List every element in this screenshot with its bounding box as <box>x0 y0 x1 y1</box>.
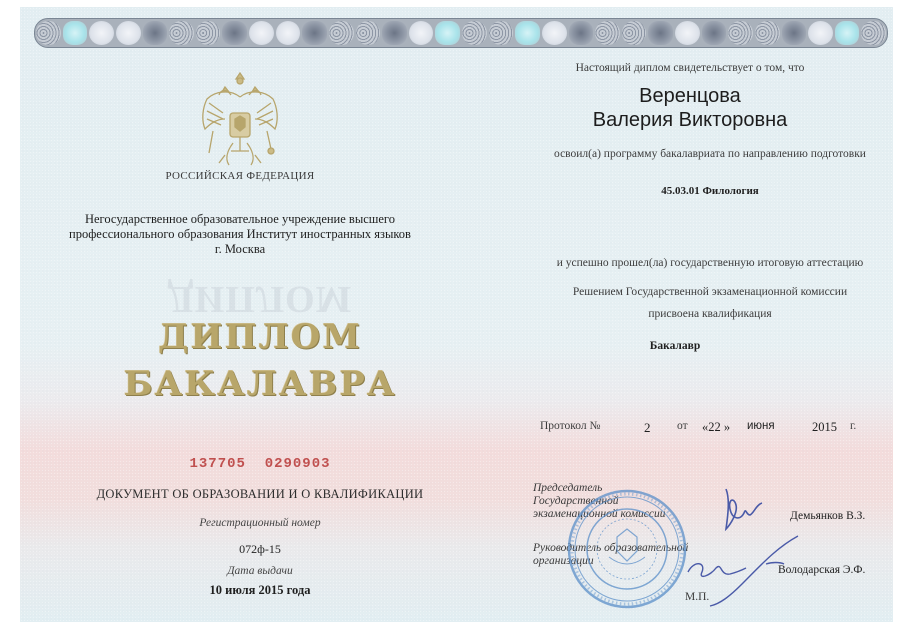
protocol-year-suffix: г. <box>850 420 856 432</box>
decision-text-line-1: Решением Государственной экзаменационной… <box>525 286 895 298</box>
attestation-text: и успешно прошел(ла) государственную ито… <box>525 257 895 269</box>
specialty: 45.03.01 Филология <box>580 185 840 197</box>
band-ornament <box>648 21 673 45</box>
band-ornament <box>462 21 487 45</box>
registration-number: 072ф-15 <box>120 542 400 557</box>
registration-number-label: Регистрационный номер <box>120 517 400 529</box>
issue-date-label: Дата выдачи <box>120 565 400 577</box>
document-type: ДОКУМЕНТ ОБ ОБРАЗОВАНИИ И О КВАЛИФИКАЦИИ <box>70 487 450 502</box>
band-ornament <box>595 21 620 45</box>
band-ornament <box>808 21 833 45</box>
chair-signature-icon <box>720 485 765 535</box>
band-ornament <box>89 21 114 45</box>
graduate-surname: Веренцова <box>550 85 830 108</box>
graduate-given-names: Валерия Викторовна <box>550 109 830 132</box>
diploma-sheet: РОССИЙСКАЯ ФЕДЕРАЦИЯ Негосударственное о… <box>20 7 893 622</box>
country-name: РОССИЙСКАЯ ФЕДЕРАЦИЯ <box>120 170 360 182</box>
band-ornament <box>435 21 460 45</box>
band-ornament <box>143 21 168 45</box>
diploma-title-line-1: ДИПЛОМ <box>120 317 400 357</box>
institution-name: Негосударственное образовательное учрежд… <box>60 212 420 257</box>
head-signature-icon <box>680 532 800 607</box>
band-ornament <box>409 21 434 45</box>
band-ornament <box>782 21 807 45</box>
band-ornament <box>702 21 727 45</box>
protocol-day: «22 » <box>702 420 730 435</box>
band-ornament <box>835 21 860 45</box>
decision-text-line-2: присвоена квалификация <box>525 308 895 320</box>
band-ornament <box>728 21 753 45</box>
band-ornament <box>196 21 221 45</box>
band-ornament <box>569 21 594 45</box>
band-ornament <box>249 21 274 45</box>
band-ornament <box>329 21 354 45</box>
commission-chair-name: Демьянков В.З. <box>790 510 865 522</box>
band-ornament <box>356 21 381 45</box>
diploma-title-line-2: БАКАЛАВРА <box>100 364 420 404</box>
band-ornament <box>276 21 301 45</box>
serial-number: 137705 0290903 <box>120 456 400 472</box>
protocol-number: 2 <box>644 420 651 436</box>
band-ornament <box>116 21 141 45</box>
official-seal-stamp-icon <box>565 487 690 612</box>
band-ornament <box>861 21 886 45</box>
protocol-line: Протокол № 2 от «22 » июня 2015 г. <box>540 420 880 438</box>
institution-line-1: Негосударственное образовательное учрежд… <box>60 212 420 227</box>
security-band <box>34 18 888 48</box>
band-ornament <box>63 21 88 45</box>
qualification: Бакалавр <box>525 340 825 352</box>
institution-city: г. Москва <box>60 242 420 257</box>
band-ornament <box>222 21 247 45</box>
band-ornament <box>622 21 647 45</box>
band-ornament <box>169 21 194 45</box>
certifies-text: Настоящий диплом свидетельствует о том, … <box>540 62 840 74</box>
protocol-from-label: от <box>677 420 688 432</box>
band-ornament <box>755 21 780 45</box>
band-ornament <box>36 21 61 45</box>
band-ornament <box>382 21 407 45</box>
protocol-label: Протокол № <box>540 420 600 432</box>
band-ornament <box>542 21 567 45</box>
institution-line-2: профессионального образования Институт и… <box>60 227 420 242</box>
watermark-text: ДИПЛОМ <box>150 277 370 321</box>
program-mastered-text: освоил(а) программу бакалавриата по напр… <box>525 148 895 160</box>
russian-coat-of-arms-icon <box>195 67 285 172</box>
issue-date: 10 июля 2015 года <box>120 583 400 598</box>
protocol-month: июня <box>747 420 775 432</box>
band-ornament <box>489 21 514 45</box>
band-ornament <box>675 21 700 45</box>
band-ornament <box>302 21 327 45</box>
band-ornament <box>515 21 540 45</box>
protocol-year: 2015 <box>812 420 837 435</box>
